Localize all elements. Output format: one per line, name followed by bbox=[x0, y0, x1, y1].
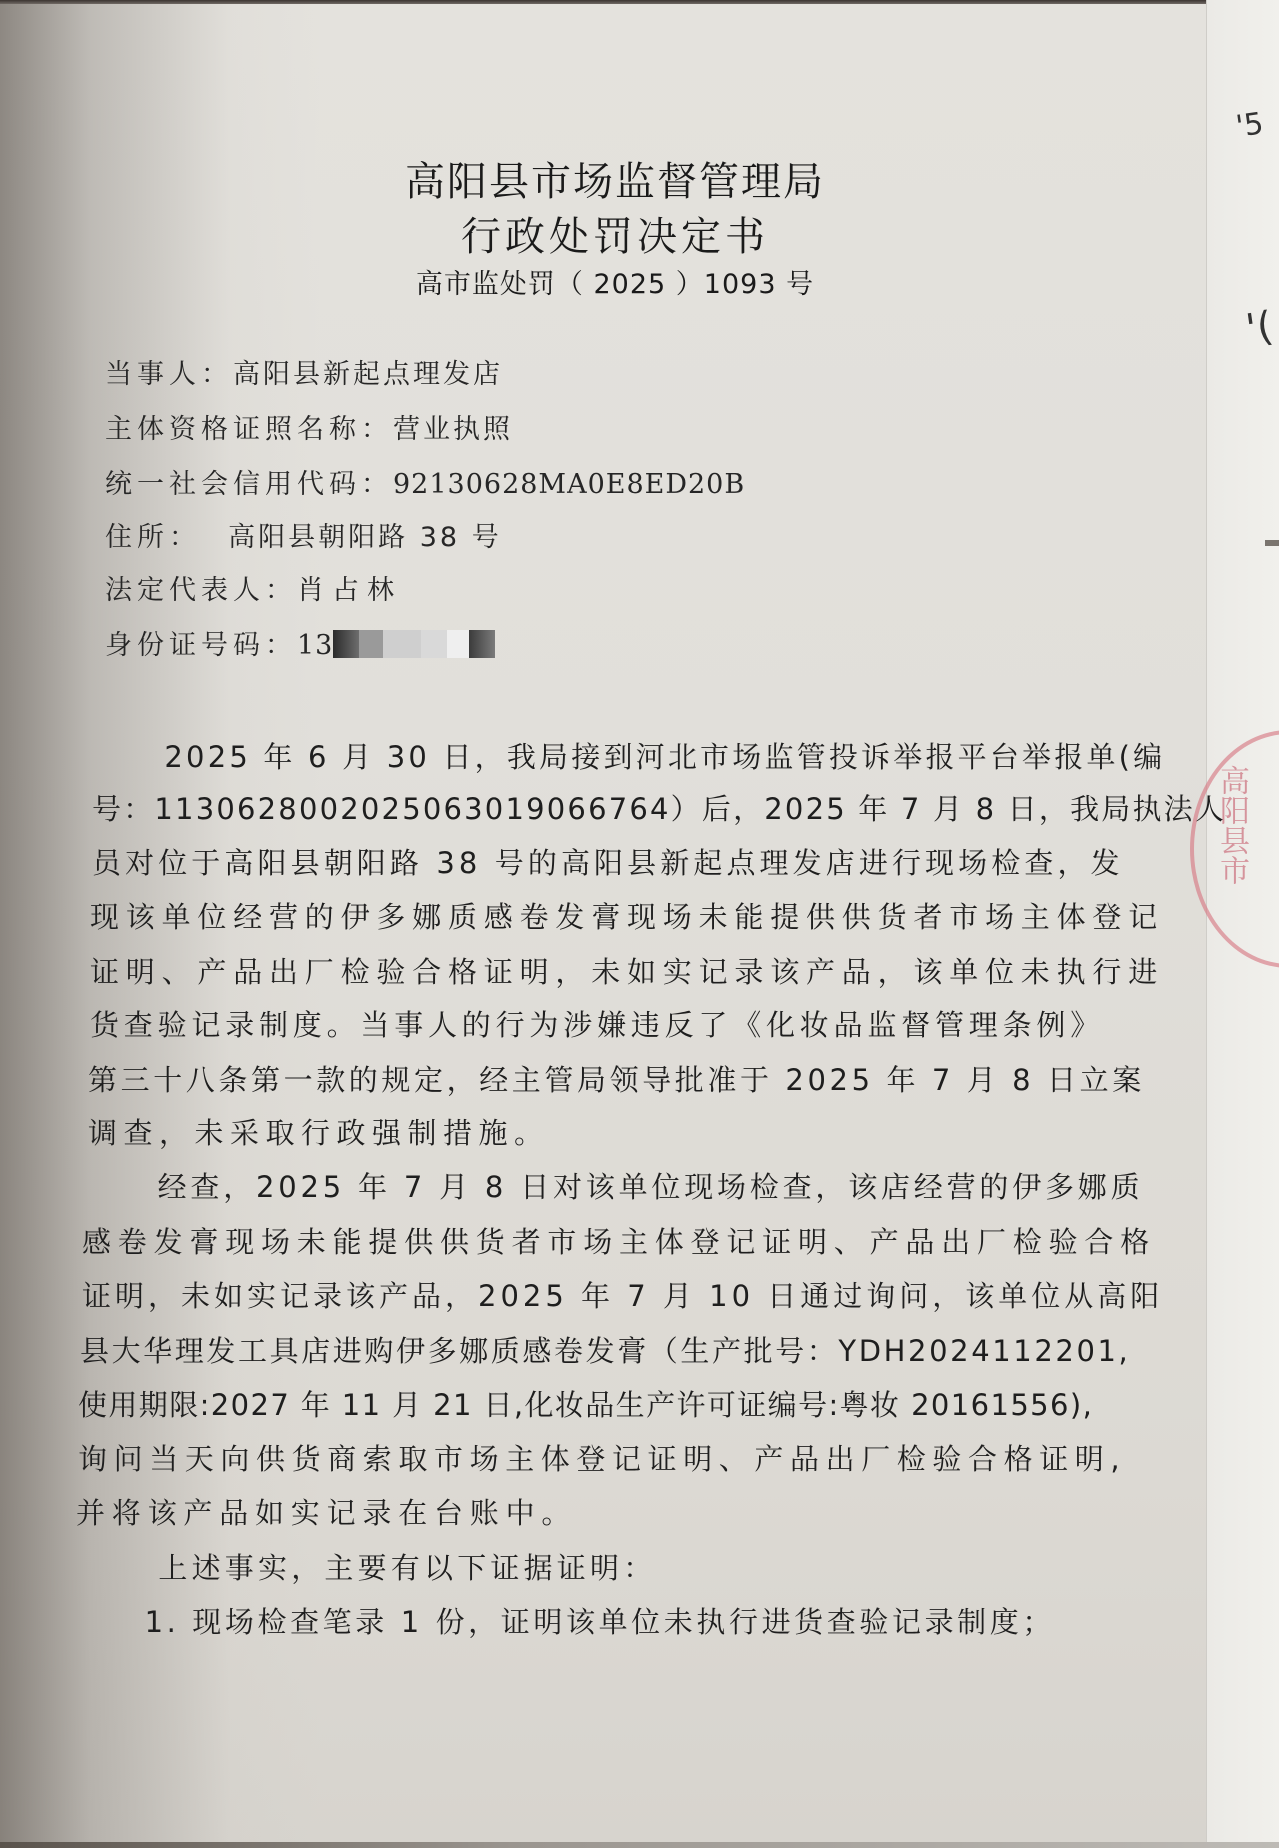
address-row: 住所： 高阳县朝阳路 38 号 bbox=[105, 515, 502, 554]
paragraph-line: 证明、产品出厂检验合格证明，未如实记录该产品，该单位未执行进 bbox=[90, 950, 1164, 991]
redaction-block bbox=[333, 630, 359, 658]
evidence-item: 1. 现场检查笔录 1 份，证明该单位未执行进货查验记录制度； bbox=[112, 1600, 1055, 1641]
legal-rep-value: 肖占林 bbox=[297, 575, 402, 606]
license-type-value: 营业执照 bbox=[393, 414, 513, 445]
paragraph-line: 使用期限:2027 年 11 月 21 日,化妆品生产许可证编号:粤妆 2016… bbox=[78, 1383, 1093, 1424]
credit-code-value: 92130628MA0E8ED20B bbox=[393, 469, 745, 500]
paragraph-line: 现该单位经营的伊多娜质感卷发膏现场未能提供供货者市场主体登记 bbox=[90, 895, 1164, 936]
id-number-label: 身份证号码： bbox=[105, 630, 297, 661]
paragraph-line: 货查验记录制度。当事人的行为涉嫌违反了《化妆品监督管理条例》 bbox=[90, 1003, 1104, 1044]
handwritten-mark: '5 bbox=[1234, 106, 1266, 144]
party-name-row: 当事人：高阳县新起点理发店 bbox=[105, 352, 503, 391]
evidence-intro: 上述事实，主要有以下证据证明： bbox=[92, 1546, 656, 1587]
document-type-title: 行政处罚决定书 bbox=[0, 205, 1230, 262]
address-value: 高阳县朝阳路 38 号 bbox=[228, 522, 502, 553]
party-name-label: 当事人： bbox=[105, 359, 233, 390]
paragraph-line: 2025 年 6 月 30 日，我局接到河北市场监管投诉举报平台举报单(编 bbox=[100, 735, 1165, 776]
paragraph-line: 县大华理发工具店进购伊多娜质感卷发膏（生产批号：YDH2024112201, bbox=[80, 1329, 1130, 1370]
paragraph-line: 经查，2025 年 7 月 8 日对该单位现场检查，该店经营的伊多娜质 bbox=[92, 1165, 1143, 1206]
redaction-block bbox=[383, 630, 421, 658]
credit-code-label: 统一社会信用代码： bbox=[105, 469, 393, 500]
paragraph-line: 调查，未采取行政强制措施。 bbox=[88, 1111, 550, 1152]
credit-code-row: 统一社会信用代码：92130628MA0E8ED20B bbox=[105, 462, 745, 501]
redaction-block bbox=[447, 630, 469, 658]
legal-rep-label: 法定代表人： bbox=[105, 575, 297, 606]
document-number: 高市监处罚（ 2025 ）1093 号 bbox=[0, 262, 1230, 301]
license-type-label: 主体资格证照名称： bbox=[105, 414, 393, 445]
address-label: 住所： bbox=[105, 522, 201, 553]
paragraph-line: 询问当天向供货商索取市场主体登记证明、产品出厂检验合格证明, bbox=[78, 1437, 1126, 1478]
paragraph-line: 第三十八条第一款的规定，经主管局领导批准于 2025 年 7 月 8 日立案 bbox=[88, 1058, 1145, 1099]
id-number-row: 身份证号码：13 bbox=[105, 623, 495, 662]
paragraph-line: 号：1130628002025063019066764）后，2025 年 7 月… bbox=[92, 787, 1226, 828]
redaction-block bbox=[421, 630, 447, 658]
redaction-block bbox=[469, 630, 495, 658]
paragraph-line: 并将该产品如实记录在台账中。 bbox=[76, 1491, 577, 1532]
license-type-row: 主体资格证照名称：营业执照 bbox=[105, 407, 513, 446]
underlying-sheet-shadow bbox=[1265, 540, 1279, 546]
paragraph-line: 员对位于高阳县朝阳路 38 号的高阳县新起点理发店进行现场检查，发 bbox=[92, 841, 1124, 882]
official-seal-text: 高阳县市 bbox=[1215, 765, 1255, 885]
legal-rep-row: 法定代表人：肖占林 bbox=[105, 568, 402, 607]
redaction-block bbox=[359, 630, 383, 658]
issuer-title: 高阳县市场监督管理局 bbox=[0, 150, 1230, 207]
paragraph-line: 证明，未如实记录该产品，2025 年 7 月 10 日通过询问，该单位从高阳 bbox=[82, 1274, 1163, 1315]
paragraph-line: 感卷发膏现场未能提供供货者市场主体登记证明、产品出厂检验合格 bbox=[82, 1220, 1156, 1261]
party-name-value: 高阳县新起点理发店 bbox=[233, 359, 503, 390]
id-number-visible-prefix: 13 bbox=[297, 630, 333, 661]
photo-bottom-edge bbox=[0, 1842, 1279, 1848]
